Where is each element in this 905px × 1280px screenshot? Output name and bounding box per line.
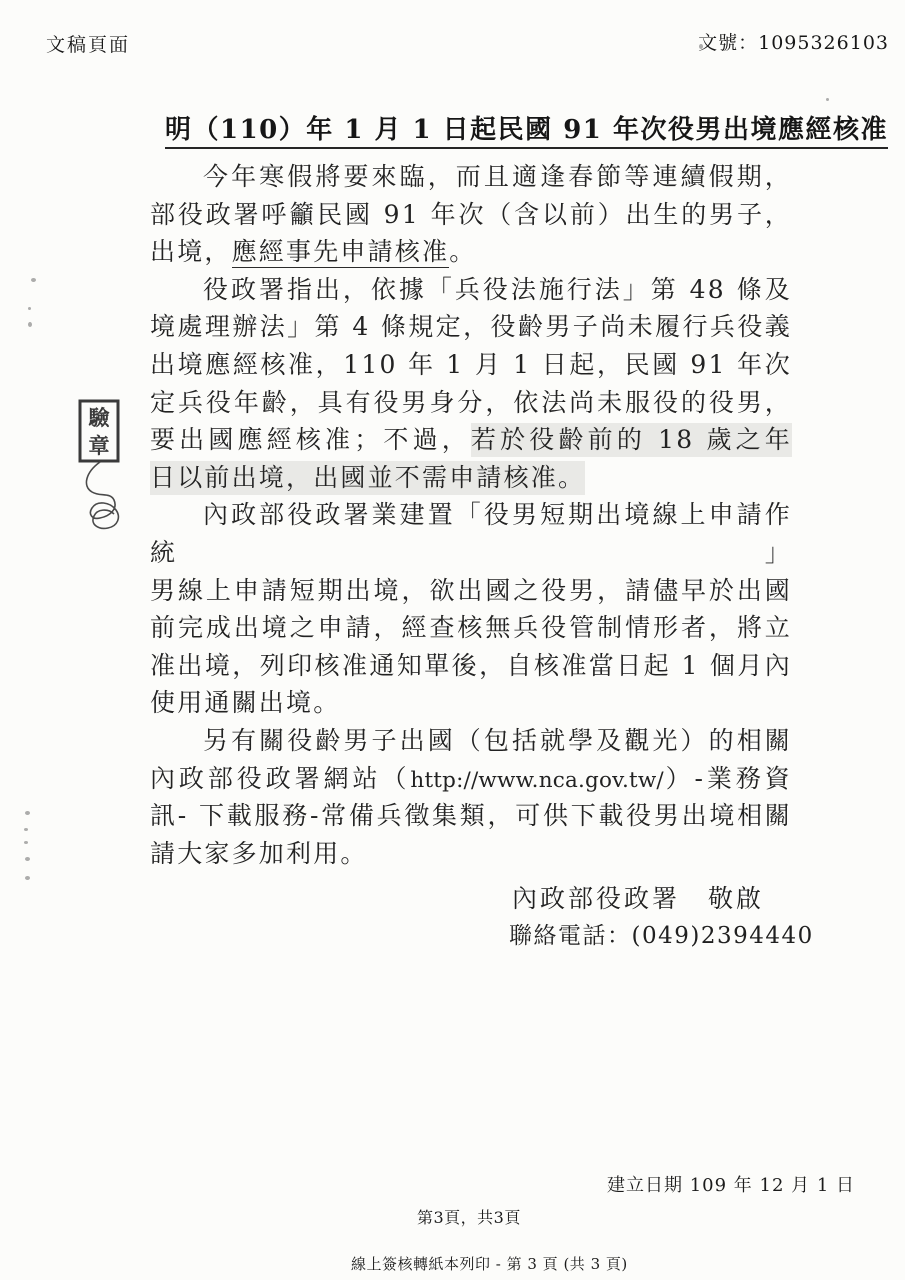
scan-speck xyxy=(826,98,829,101)
underlined-text: 應經事先申請核准 xyxy=(232,237,450,268)
print-note: 線上簽核轉紙本列印 - 第 3 頁 (共 3 頁) xyxy=(351,1253,628,1274)
doc-number: 文號：1095326103 xyxy=(698,28,889,55)
text-segment: 男線上申請短期出境，欲出國之役男，請儘早於出國日 3 天 xyxy=(150,576,792,610)
text-segment: 使用通關出境。 xyxy=(150,688,340,717)
text-segment: 出境應經核准，110 年 1 月 1 日起，民國 91 年次男子已達法 xyxy=(150,350,792,384)
text-segment: 役政署指出，依據「兵役法施行法」第 48 條及「役男出 xyxy=(150,275,792,309)
scan-speck xyxy=(25,876,30,880)
text-segment: 內政部役政署網站（ xyxy=(150,764,410,793)
text-segment: 請大家多加利用。 xyxy=(150,839,368,868)
text-line: 內政部役政署業建置「役男短期出境線上申請作業系 xyxy=(150,496,792,534)
paragraph-lines: 今年寒假將要來臨，而且適逢春節等連續假期，內政部役政署呼籲民國 91 年次（含以… xyxy=(150,158,792,872)
document-body: 明（110）年 1 月 1 日起民國 91 年次役男出境應經核准 今年寒假將要來… xyxy=(150,114,792,872)
signature-scribble xyxy=(86,462,118,528)
text-segment: 統」( xyxy=(150,538,792,572)
text-line: 內政部役政署網站（http://www.nca.gov.tw/）-業務資 xyxy=(150,760,792,798)
scan-speck xyxy=(699,44,703,49)
created-date: 建立日期 109 年 12 月 1 日 xyxy=(607,1171,855,1197)
text-segment: 今年寒假將要來臨，而且適逢春節等連續假期，內政 xyxy=(150,162,792,196)
text-line: 請大家多加利用。 xyxy=(150,835,792,873)
signoff-agency: 內政部役政署 敬啟 xyxy=(512,879,764,915)
text-line: 前完成出境之申請，經查核無兵役管制情形者，將立即核 xyxy=(150,609,792,647)
text-segment: 要出國應經核准；不過， xyxy=(150,425,471,454)
scanned-document-page: 文稿頁面 文號：1095326103 驗 章 明（110）年 1 月 1 日起民… xyxy=(0,0,905,1280)
scan-speck xyxy=(25,811,30,815)
page-type-label: 文稿頁面 xyxy=(46,30,130,57)
text-line: 役政署指出，依據「兵役法施行法」第 48 條及「役男出 xyxy=(150,271,792,309)
text-line: 今年寒假將要來臨，而且適逢春節等連續假期，內政 xyxy=(150,158,792,196)
stamp-char-2: 章 xyxy=(89,433,110,458)
text-line: 准出境，列印核准通知單後，自核准當日起 1 個月內可多次 xyxy=(150,647,792,685)
text-line: 另有關役齡男子出國（包括就學及觀光）的相關事宜， xyxy=(150,722,792,760)
scan-speck xyxy=(31,278,36,282)
text-line: 定兵役年齡，具有役男身分，依法尚未服役的役男，如果 xyxy=(150,384,792,422)
text-segment: 境處理辦法」第 4 條規定，役齡男子尚未履行兵役義務者， xyxy=(150,312,792,346)
page-number: 第3頁，共3頁 xyxy=(417,1205,521,1228)
text-line: 使用通關出境。 xyxy=(150,684,792,722)
text-segment: 另有關役齡男子出國（包括就學及觀光）的相關事宜， xyxy=(150,726,792,760)
text-segment: 內政部役政署業建置「役男短期出境線上申請作業系 xyxy=(150,500,792,534)
text-line: 男線上申請短期出境，欲出國之役男，請儘早於出國日 3 天 xyxy=(150,572,792,610)
text-segment: 訊- 下載服務-常備兵徵集類，可供下載役男出境相關資訊， xyxy=(150,801,792,835)
text-segment: 。 xyxy=(449,237,476,266)
text-line: 訊- 下載服務-常備兵徵集類，可供下載役男出境相關資訊， xyxy=(150,797,792,835)
text-line: 要出國應經核准；不過，若於役齡前的 18 歲之年 12 月 31 xyxy=(150,421,792,459)
text-line: 出境，應經事先申請核准。 xyxy=(150,233,792,271)
scan-speck xyxy=(28,307,31,310)
text-segment: 前完成出境之申請，經查核無兵役管制情形者，將立即核 xyxy=(150,613,792,647)
text-line: 出境應經核准，110 年 1 月 1 日起，民國 91 年次男子已達法 xyxy=(150,346,792,384)
text-line: 日以前出境，出國並不需申請核准。 xyxy=(150,459,792,497)
text-segment: 准出境，列印核准通知單後，自核准當日起 1 個月內可多次 xyxy=(150,651,792,685)
scan-speck xyxy=(24,841,28,844)
text-segment: ）-業務資 xyxy=(664,764,792,793)
scan-speck xyxy=(25,857,30,861)
text-line: 統」(https://www.ris.gov.tw/departure/app/… xyxy=(150,534,792,572)
text-line: 部役政署呼籲民國 91 年次（含以前）出生的男子，如果要 xyxy=(150,196,792,234)
scan-speck xyxy=(28,322,32,327)
text-line: 境處理辦法」第 4 條規定，役齡男子尚未履行兵役義務者， xyxy=(150,308,792,346)
text-segment: 定兵役年齡，具有役男身分，依法尚未服役的役男，如果 xyxy=(150,388,792,422)
contact-phone: 聯絡電話：(049)2394440 xyxy=(509,917,814,950)
highlighted-text: 日以前出境，出國並不需申請核准。 xyxy=(150,463,585,492)
scan-speck xyxy=(24,828,28,831)
seal-stamp-icon: 驗 章 xyxy=(70,396,142,532)
text-segment: 部役政署呼籲民國 91 年次（含以前）出生的男子，如果要 xyxy=(150,200,792,234)
stamp-char-1: 驗 xyxy=(88,405,111,430)
url-text: http://www.nca.gov.tw/ xyxy=(410,768,663,793)
document-title: 明（110）年 1 月 1 日起民國 91 年次役男出境應經核准 xyxy=(165,114,888,149)
text-segment: 出境， xyxy=(150,237,232,266)
